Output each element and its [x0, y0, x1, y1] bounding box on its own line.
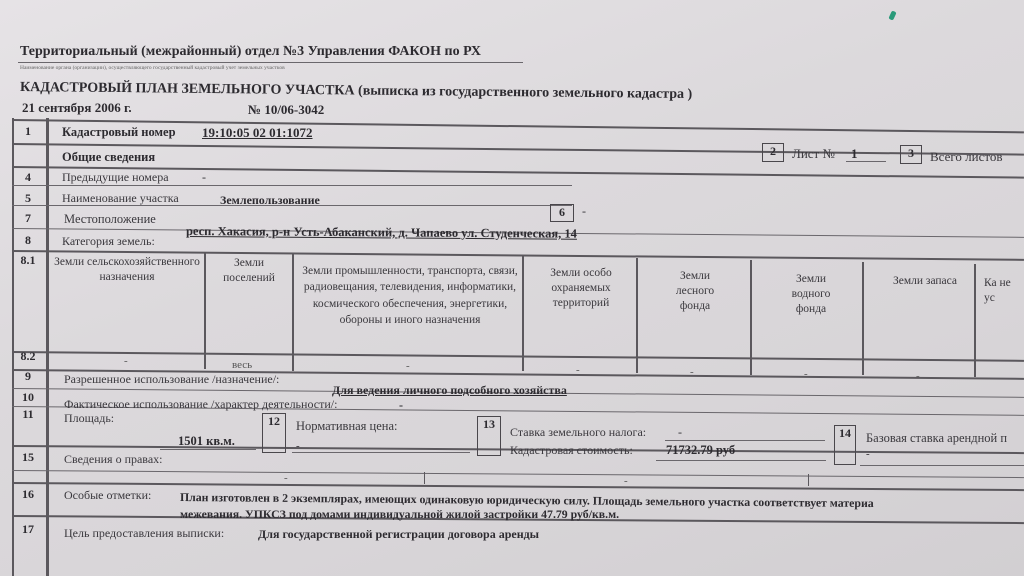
plot-name-label: Наименование участка — [62, 191, 179, 206]
num-column-border — [46, 118, 49, 576]
permitted-use-value: Для ведения личного подсобного хозяйства — [332, 383, 567, 398]
previous-numbers-value: - — [202, 170, 206, 185]
sheet-number-label: Лист № — [792, 146, 835, 162]
row-number: 4 — [12, 170, 44, 185]
category-value: - — [576, 364, 580, 376]
purpose-value: Для государственной регистрации договора… — [258, 527, 539, 542]
category-industry: Земли промышленности, транспорта, связи,… — [300, 263, 520, 328]
field-6-value: - — [582, 204, 586, 219]
category-value: - — [804, 368, 808, 380]
row-number: 1 — [12, 124, 44, 139]
box-number: 13 — [483, 417, 495, 431]
area-underline — [160, 449, 256, 450]
row-line — [12, 470, 1024, 478]
col-line — [862, 262, 864, 375]
col-line — [750, 260, 752, 375]
base-rent-label: Базовая ставка арендной п — [866, 431, 1007, 446]
special-notes-line2: межевания. УПКСЗ под домами индивидуальн… — [180, 507, 619, 522]
category-water: Земли водного фонда — [776, 272, 846, 317]
tax-box: 13 — [477, 416, 501, 456]
ink-mark — [888, 10, 896, 20]
area-label: Площадь: — [64, 411, 114, 426]
box-number: 14 — [839, 426, 851, 440]
area-value: 1501 кв.м. — [178, 434, 235, 449]
rights-cell-value: - — [284, 472, 288, 484]
normative-price-value: - — [296, 440, 300, 452]
row-number: 11 — [12, 407, 44, 422]
document-number: № 10/06-3042 — [248, 102, 324, 118]
row-number: 8.2 — [12, 349, 44, 364]
location-label: Местоположение — [64, 212, 156, 227]
row-line — [12, 143, 1024, 156]
col-line — [522, 256, 524, 371]
sheet-number-value: 1 — [851, 146, 858, 162]
category-value: - — [916, 370, 920, 382]
actual-use-label: Фактическое использование /характер деят… — [64, 397, 337, 412]
plot-name-value: Землепользование — [220, 193, 320, 208]
row-number: 5 — [12, 191, 44, 206]
purpose-label: Цель предоставления выписки: — [64, 526, 224, 541]
col-line — [204, 252, 206, 369]
base-rent-value: - — [866, 448, 870, 460]
general-info-heading: Общие сведения — [62, 150, 155, 165]
rights-cell-value: - — [624, 475, 628, 487]
col-line — [424, 472, 425, 484]
cadastral-value: 71732.79 руб — [666, 443, 735, 458]
sheet-number-underline — [846, 161, 886, 162]
special-notes-label: Особые отметки: — [64, 488, 151, 503]
cadastral-value-underline — [656, 460, 826, 461]
row-number: 7 — [12, 211, 44, 226]
row-number: 8.1 — [12, 253, 44, 268]
base-rent-underline — [860, 465, 1024, 466]
base-rent-box: 14 — [834, 425, 856, 465]
category-value: - — [690, 366, 694, 378]
category-protected: Земли особо охраняемых территорий — [526, 266, 636, 311]
row-line — [12, 482, 1024, 491]
actual-use-value: - — [399, 398, 403, 413]
total-sheets-label: Всего листов — [930, 149, 1003, 165]
category-value: - — [406, 360, 410, 372]
row-number: 15 — [12, 450, 44, 465]
row-number: 17 — [12, 522, 44, 537]
box-number: 12 — [268, 414, 280, 428]
category-unset: Ка не ус — [984, 276, 1024, 306]
normative-price-box: 12 — [262, 413, 286, 453]
org-name: Территориальный (межрайонный) отдел №3 У… — [20, 44, 481, 60]
rights-label: Сведения о правах: — [64, 452, 162, 467]
category-settlements: Земли поселений — [210, 256, 288, 286]
category-agricultural: Земли сельскохозяйственного назначения — [52, 255, 202, 285]
tax-rate-value: - — [678, 425, 682, 440]
org-caption: Наименование органа (организации), осуще… — [20, 65, 285, 71]
cadastral-number-value: 19:10:05 02 01:1072 — [202, 125, 313, 141]
field-6-box: 6 — [550, 204, 574, 222]
col-line — [808, 474, 809, 486]
row-line — [12, 185, 572, 186]
table-left-border — [12, 118, 14, 576]
col-line — [974, 264, 976, 377]
box-number: 3 — [908, 146, 914, 160]
row-number: 16 — [12, 487, 44, 502]
tax-rate-label: Ставка земельного налога: — [510, 425, 646, 440]
col-line — [636, 258, 638, 373]
tax-rate-underline — [665, 440, 825, 441]
cadastral-value-label: Кадастровая стоимость: — [510, 443, 633, 458]
permitted-use-label: Разрешенное использование /назначение/: — [64, 372, 279, 387]
normative-price-label: Нормативная цена: — [296, 419, 398, 434]
previous-numbers-label: Предыдущие номера — [62, 170, 169, 185]
category-reserve: Земли запаса — [890, 274, 960, 289]
row-number: 8 — [12, 233, 44, 248]
location-value: респ. Хакасия, р-н Усть-Абаканский, д. Ч… — [186, 224, 577, 242]
sheet-number-box: 2 — [762, 143, 784, 162]
row-number: 9 — [12, 369, 44, 384]
total-sheets-box: 3 — [900, 145, 922, 164]
document-date: 21 сентября 2006 г. — [22, 100, 132, 116]
row-line — [12, 351, 1024, 362]
land-category-label: Категория земель: — [62, 234, 155, 249]
category-value: - — [124, 355, 128, 367]
category-value: весь — [232, 359, 252, 371]
row-number: 10 — [12, 390, 44, 405]
cadastral-number-label: Кадастровый номер — [62, 125, 176, 140]
box-number: 6 — [559, 205, 565, 219]
normative-price-underline — [292, 452, 470, 453]
box-number: 2 — [770, 144, 776, 158]
org-underline — [18, 62, 523, 63]
col-line — [292, 254, 294, 371]
category-forest: Земли лесного фонда — [660, 269, 730, 314]
